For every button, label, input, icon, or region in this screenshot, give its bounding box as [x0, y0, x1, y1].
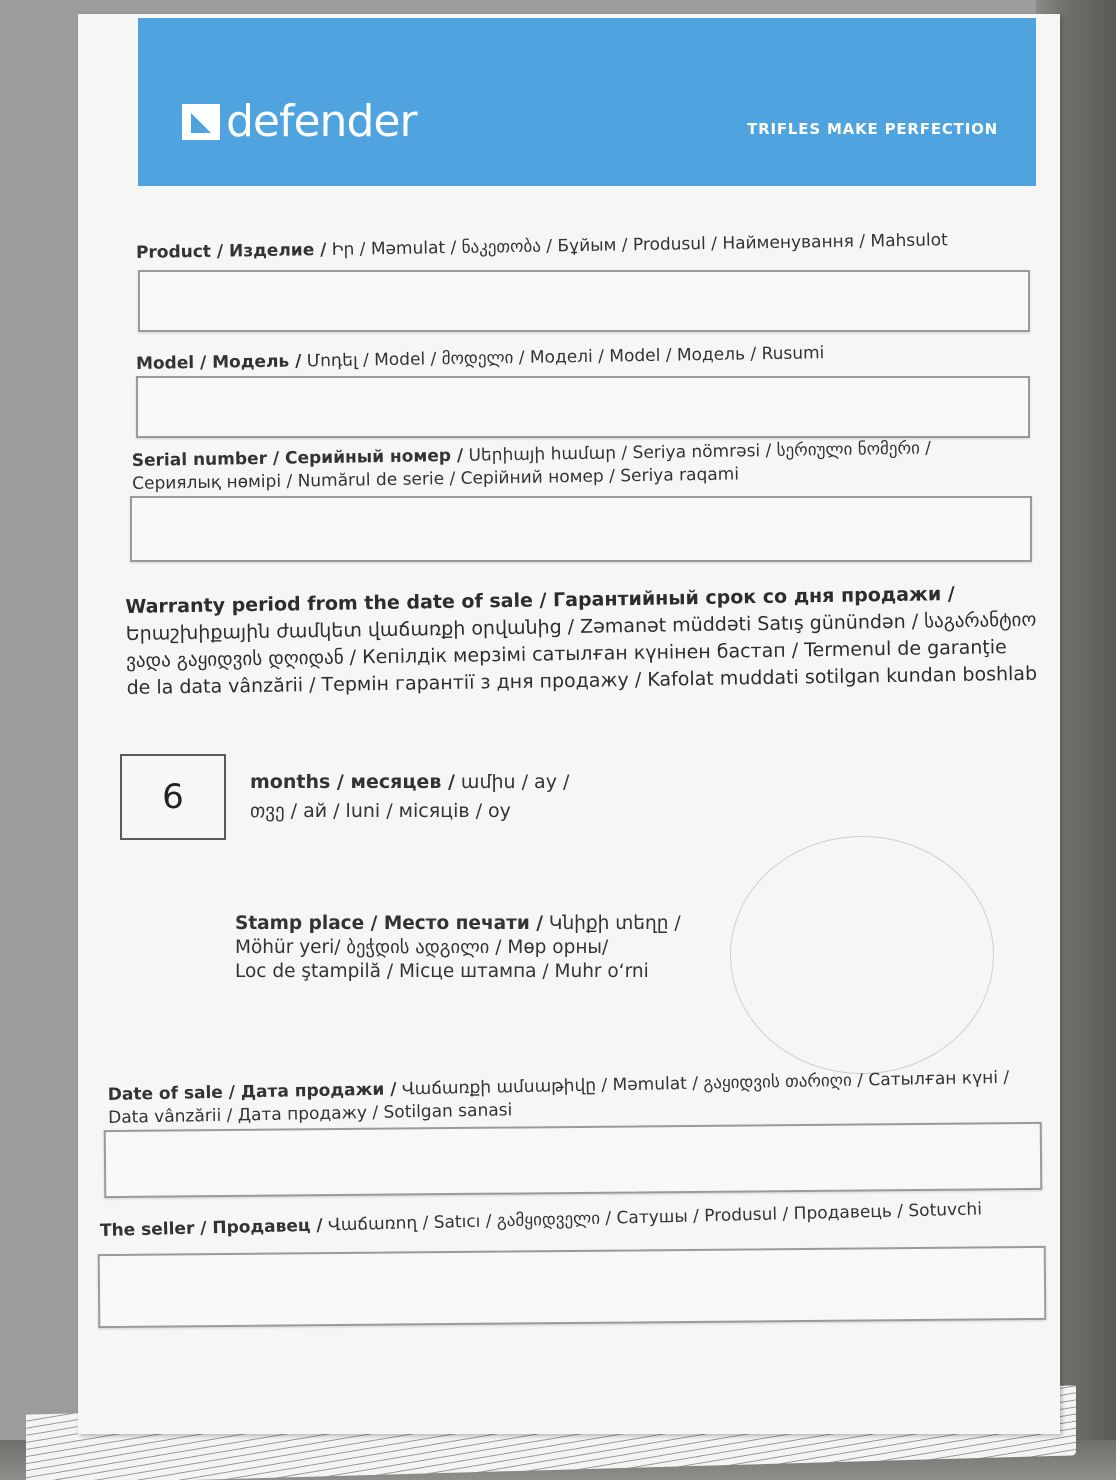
product-label-primary: Product / Изделие / — [136, 240, 327, 263]
seller-field[interactable] — [98, 1246, 1047, 1328]
date-label-translations-2: Data vânzării / Дата продажу / Sotilgan … — [108, 1100, 512, 1128]
months-label-primary: months / месяцев / — [250, 771, 455, 793]
brand-tagline: TRIFLES MAKE PERFECTION — [747, 120, 998, 138]
model-field[interactable] — [136, 376, 1030, 438]
serial-label: Serial number / Серийный номер / Սերիայի… — [132, 437, 932, 496]
serial-label-primary: Serial number / Серийный номер / — [132, 446, 464, 471]
months-number: 6 — [162, 777, 184, 817]
brand-header: defender TRIFLES MAKE PERFECTION — [138, 18, 1036, 186]
months-label-translations-2: თვე / ай / luni / місяців / oy — [250, 800, 511, 822]
logo-text: defender — [226, 100, 417, 144]
date-label-primary: Date of sale / Дата продажи / — [108, 1079, 397, 1105]
date-label-translations: Վաճառքի ամսաթիվը / Məmulat / გაყიდვის თა… — [396, 1068, 1009, 1100]
stamp-place-label: Stamp place / Место печати / Կնիքի տեղը … — [235, 912, 681, 984]
brand-logo: defender — [182, 100, 417, 144]
months-label-translations: ամիս / ay / — [455, 771, 569, 793]
product-label: Product / Изделие / Իր / Məmulat / ნაკეთ… — [136, 229, 948, 265]
model-label-translations: Մոդել / Model / მოდელი / Моделі / Model … — [301, 343, 824, 371]
date-of-sale-label: Date of sale / Дата продажи / Վաճառքի ամ… — [108, 1067, 1010, 1130]
seller-label-translations: Վաճառող / Satıcı / გამყიდველი / Сатушы /… — [322, 1199, 982, 1235]
serial-number-field[interactable] — [130, 496, 1032, 562]
stamp-circle — [730, 836, 994, 1074]
warranty-card: defender TRIFLES MAKE PERFECTION Product… — [78, 14, 1060, 1434]
stamp-label-translations: Կնիքի տեղը / — [543, 913, 681, 934]
months-label: months / месяцев / ամիս / ay / თვე / ай … — [250, 768, 569, 826]
warranty-period-text: Warranty period from the date of sale / … — [125, 580, 1047, 702]
stamp-label-translations-3: Loc de ştampilă / Місце штампа / Muhr o‘… — [235, 961, 649, 982]
stamp-label-primary: Stamp place / Место печати / — [235, 913, 543, 934]
product-label-translations: Իր / Məmulat / ნაკეთობა / Бұйым / Produs… — [326, 230, 948, 260]
seller-label-primary: The seller / Продавец / — [100, 1216, 323, 1241]
product-field[interactable] — [138, 270, 1030, 332]
seller-label: The seller / Продавец / Վաճառող / Satıcı… — [100, 1198, 983, 1243]
serial-label-translations: Սերիայի համար / Seriya nömrəsi / სერიული… — [463, 438, 931, 465]
defender-logo-icon — [182, 104, 220, 140]
stamp-label-translations-2: Möhür yeri/ ბეჭდის ადგილი / Мөр орны/ — [235, 937, 608, 958]
date-of-sale-field[interactable] — [104, 1122, 1043, 1198]
model-label-primary: Model / Модель / — [136, 351, 302, 374]
warranty-months-value: 6 — [120, 754, 226, 840]
model-label: Model / Модель / Մոդել / Model / მოდელი … — [136, 342, 825, 376]
